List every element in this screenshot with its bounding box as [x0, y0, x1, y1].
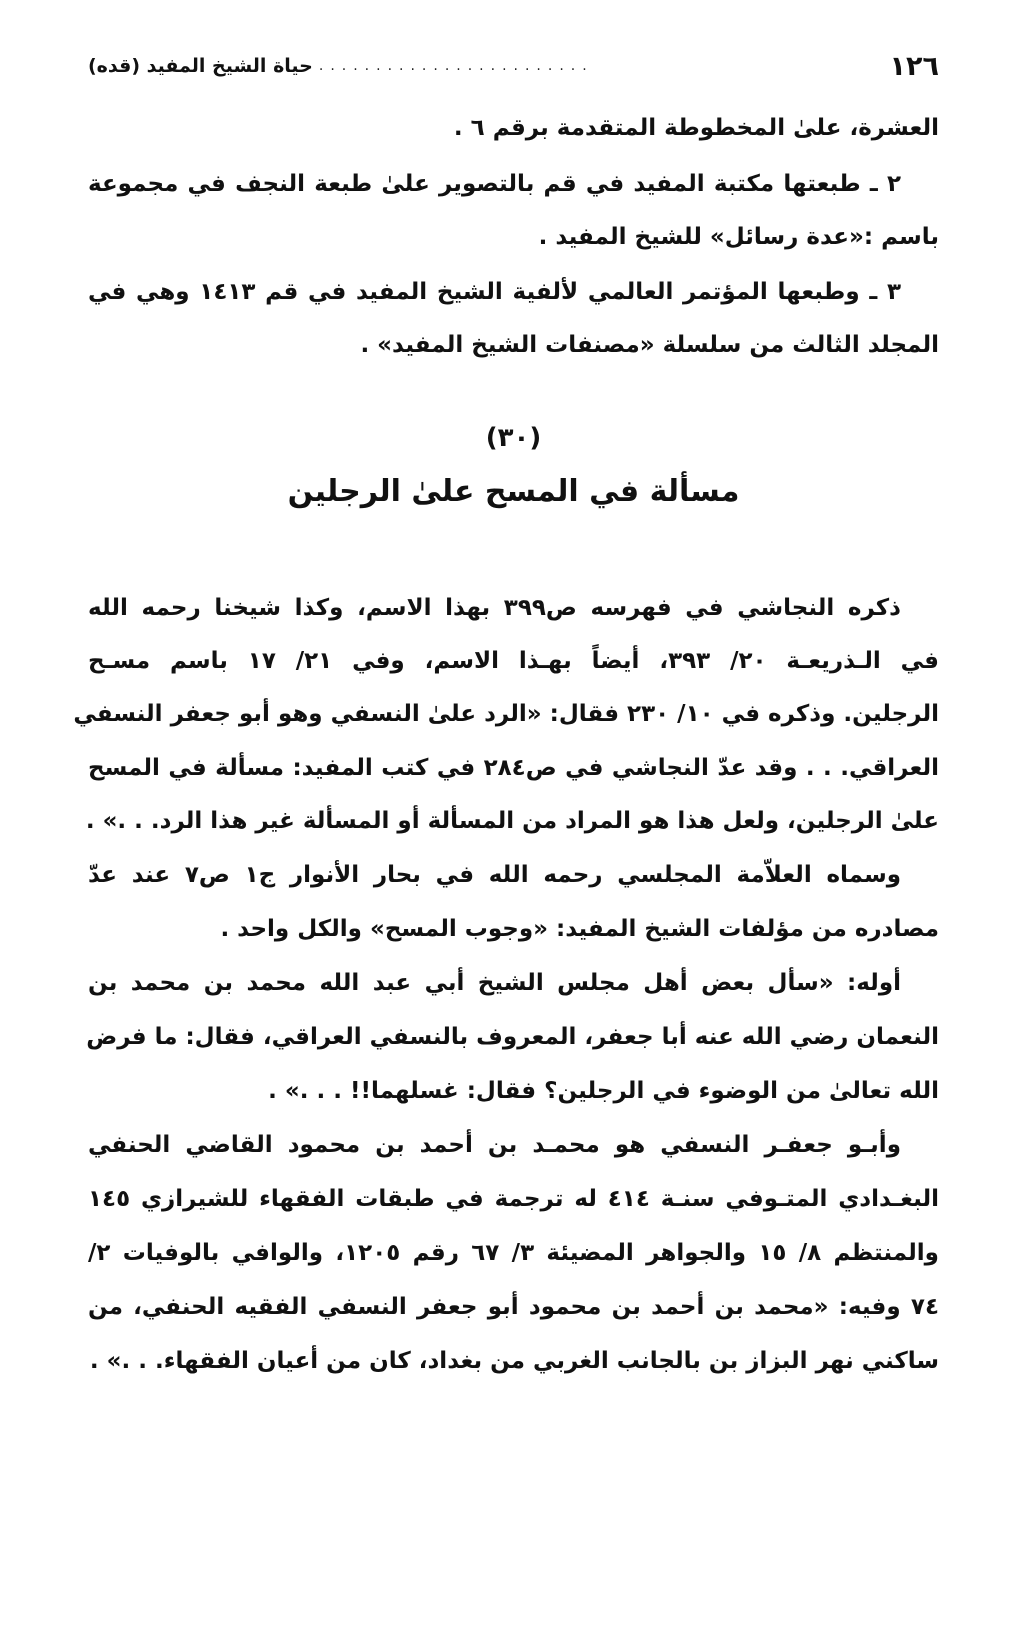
- dotted-leader: ........................: [319, 58, 594, 74]
- text-line: ٢ ـ طبعتها مكتبة المفيد في قم بالتصوير ع…: [88, 164, 939, 204]
- text-line: باسم :«عدة رسائل» للشيخ المفيد .: [88, 217, 939, 257]
- text-line: ساكني نهر البزاز بن بالجانب الغربي من بغ…: [88, 1341, 939, 1381]
- running-head: ١٢٦ ........................ حياة الشيخ …: [88, 46, 939, 86]
- running-title: حياة الشيخ المفيد (قده): [88, 55, 313, 77]
- book-page: ١٢٦ ........................ حياة الشيخ …: [88, 0, 939, 1646]
- text-line: في الـذريعـة ٢٠/ ٣٩٣، أيضاً بهـذا الاسم،…: [88, 641, 939, 681]
- text-line: أوله: «سأل بعض أهل مجلس الشيخ أبي عبد ال…: [88, 963, 939, 1003]
- text-line: وأبـو جعفـر النسفي هو محمـد بن أحمد بن م…: [88, 1125, 939, 1165]
- text-line: ٣ ـ وطبعها المؤتمر العالمي لألفية الشيخ …: [88, 272, 939, 312]
- text-line: الرجلين. وذكره في ١٠/ ٢٣٠ فقال: «الرد عل…: [88, 694, 939, 734]
- text-line: المجلد الثالث من سلسلة «مصنفات الشيخ الم…: [88, 325, 939, 365]
- text-line: علىٰ الرجلين، ولعل هذا هو المراد من المس…: [88, 801, 939, 841]
- text-line: مصادره من مؤلفات الشيخ المفيد: «وجوب الم…: [88, 909, 939, 949]
- text-line: وسماه العلاّمة المجلسي رحمه الله في بحار…: [88, 855, 939, 895]
- text-line: ذكره النجاشي في فهرسه ص٣٩٩ بهذا الاسم، و…: [88, 588, 939, 628]
- section-title: مسألة في المسح علىٰ الرجلين: [88, 474, 939, 509]
- section-number: (٣٠): [88, 423, 939, 453]
- text-line: ٧٤ وفيه: «محمد بن أحمد بن محمود أبو جعفر…: [88, 1287, 939, 1327]
- text-line: العراقي. . . وقد عدّ النجاشي في ص٢٨٤ في …: [88, 748, 939, 788]
- text-line: الله تعالىٰ من الوضوء في الرجلين؟ فقال: …: [88, 1071, 939, 1111]
- text-line: النعمان رضي الله عنه أبا جعفر، المعروف ب…: [88, 1017, 939, 1057]
- text-line: البغـدادي المتـوفي سنـة ٤١٤ له ترجمة في …: [88, 1179, 939, 1219]
- running-title-group: ........................ حياة الشيخ المف…: [88, 55, 594, 77]
- page-number: ١٢٦: [890, 51, 939, 82]
- text-line: العشرة، علىٰ المخطوطة المتقدمة برقم ٦ .: [88, 108, 939, 148]
- text-line: والمنتظم ٨/ ١٥ والجواهر المضيئة ٣/ ٦٧ رق…: [88, 1233, 939, 1273]
